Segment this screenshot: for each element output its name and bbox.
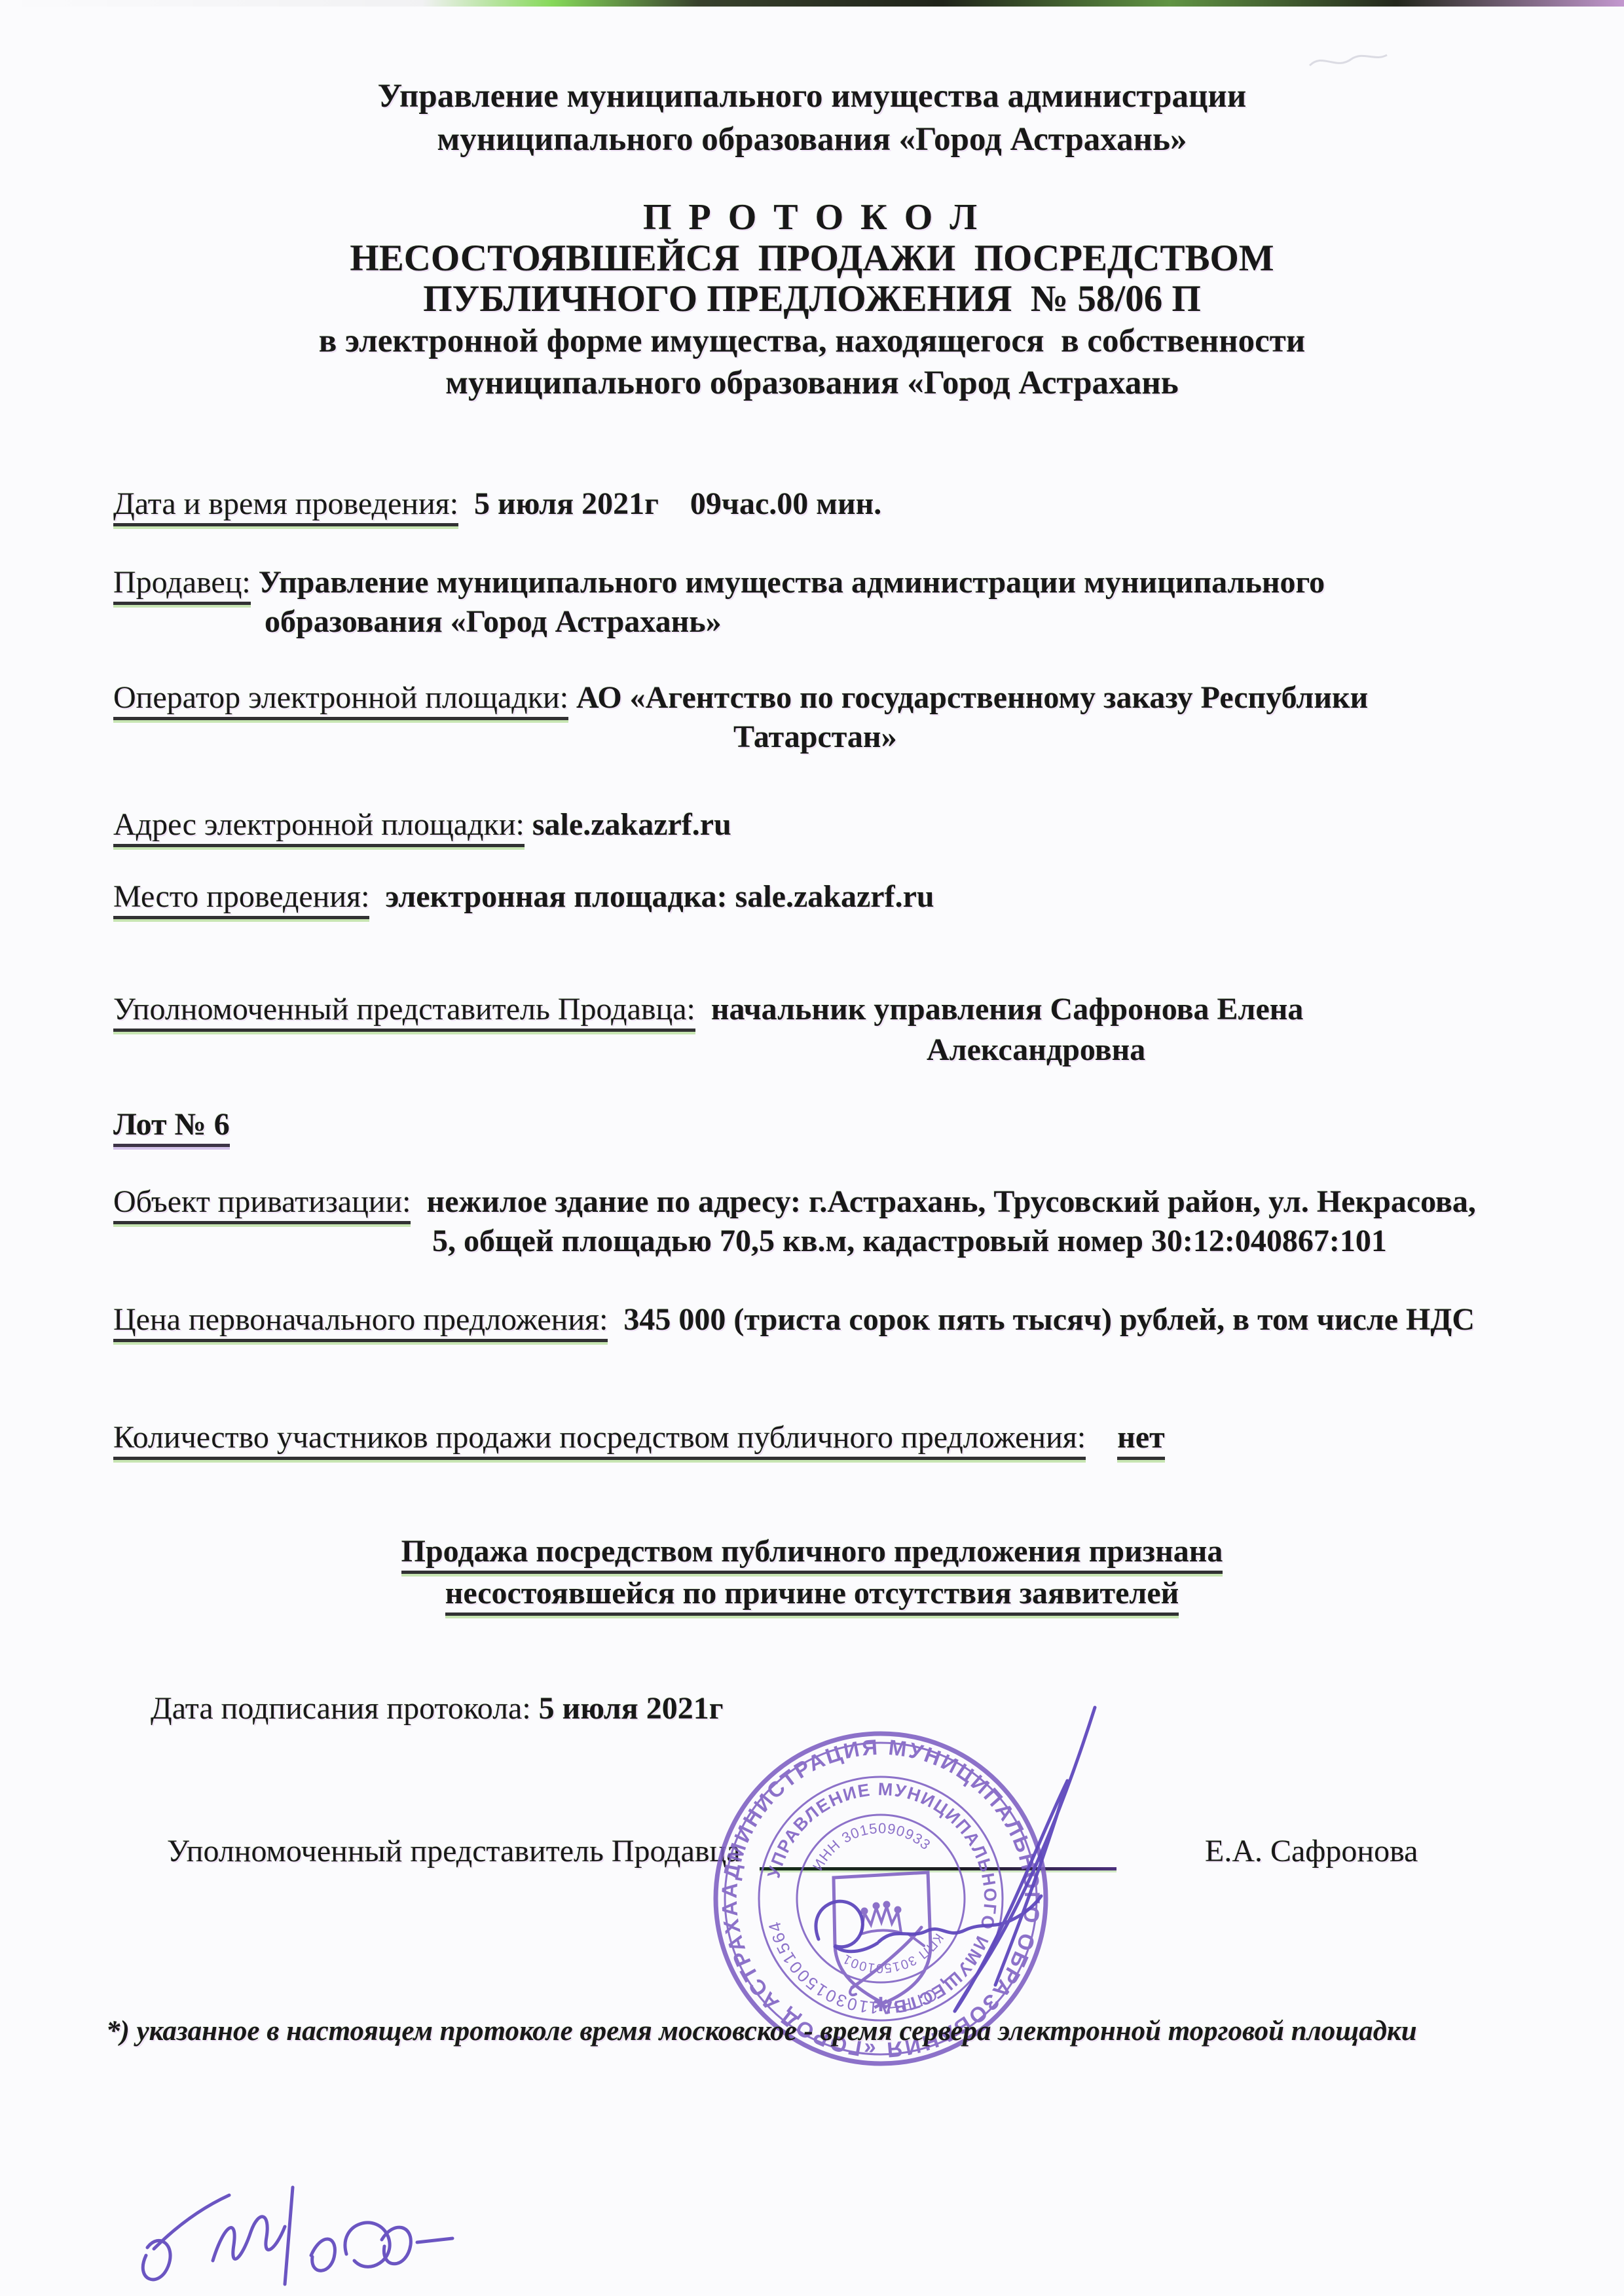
field-price-value: 345 000 (триста сорок пять тысяч) рублей… xyxy=(623,1302,1475,1337)
field-venue: Место проведения: электронная площадка: … xyxy=(113,879,934,915)
field-address-label: Адрес электронной площадки: xyxy=(113,807,525,847)
resolution-line2-text: несостоявшейся по причине отсутствия зая… xyxy=(445,1576,1179,1616)
lot-number-label: Лот № 6 xyxy=(113,1107,230,1147)
doc-title-protocol: П Р О Т О К О Л xyxy=(0,196,1624,238)
field-datetime-value xyxy=(458,486,474,521)
field-price-label: Цена первоначального предложения: xyxy=(113,1302,608,1342)
resolution-line2: несостоявшейся по причине отсутствия зая… xyxy=(0,1575,1624,1611)
footnote: *) указанное в настоящем протоколе время… xyxy=(106,2015,1417,2047)
doc-title-line4: в электронной форме имущества, находящег… xyxy=(0,322,1624,360)
field-representative-value-line2: Александровна xyxy=(927,1032,1145,1068)
bottom-left-signature-ink xyxy=(121,2177,488,2295)
field-operator: Оператор электронной площадки: АО «Агент… xyxy=(113,680,1368,716)
doc-title-line2: НЕСОСТОЯВШЕЙСЯ ПРОДАЖИ ПОСРЕДСТВОМ xyxy=(0,237,1624,280)
representative-signature-ink xyxy=(609,1696,1198,2036)
field-operator-value-line1: АО «Агентство по государственному заказу… xyxy=(576,680,1368,715)
resolution-line1: Продажа посредством публичного предложен… xyxy=(0,1533,1624,1569)
field-participants-value: нет xyxy=(1117,1420,1165,1460)
field-address-value: sale.zakazrf.ru xyxy=(532,807,731,842)
signing-rep-name: Е.А. Сафронова xyxy=(1205,1833,1418,1869)
field-object-label: Объект приватизации: xyxy=(113,1184,411,1224)
field-price: Цена первоначального предложения: 345 00… xyxy=(113,1302,1475,1338)
field-seller-value-line2: образования «Город Астрахань» xyxy=(265,604,722,640)
field-participants: Количество участников продажи посредство… xyxy=(113,1419,1165,1455)
field-object-value-line1: нежилое здание по адресу: г.Астрахань, Т… xyxy=(426,1184,1475,1219)
field-object-value-line2: 5, общей площадью 70,5 кв.м, кадастровый… xyxy=(432,1223,1387,1259)
field-datetime-label: Дата и время проведения: xyxy=(113,486,458,526)
field-seller: Продавец: Управление муниципального имущ… xyxy=(113,564,1325,600)
field-seller-value-line1: Управление муниципального имущества адми… xyxy=(259,565,1325,600)
field-representative: Уполномоченный представитель Продавца: н… xyxy=(113,991,1303,1027)
scan-edge-artifact-top xyxy=(0,0,1624,7)
doc-title-line5: муниципального образования «Город Астрах… xyxy=(0,364,1624,402)
field-datetime-value-text: 5 июля 2021г 09час.00 мин. xyxy=(474,486,881,521)
field-seller-label: Продавец: xyxy=(113,565,251,605)
field-venue-label: Место проведения: xyxy=(113,879,369,919)
field-representative-label: Уполномоченный представитель Продавца: xyxy=(113,992,695,1032)
field-representative-value-line1: начальник управления Сафронова Елена xyxy=(711,992,1304,1027)
field-operator-label: Оператор электронной площадки: xyxy=(113,680,568,720)
lot-number: Лот № 6 xyxy=(113,1106,230,1142)
scanned-document-page: Управление муниципального имущества адми… xyxy=(0,0,1624,2296)
field-address: Адрес электронной площадки: sale.zakazrf… xyxy=(113,807,731,843)
field-datetime: Дата и время проведения: 5 июля 2021г 09… xyxy=(113,486,881,522)
field-venue-value: электронная площадка: sale.zakazrf.ru xyxy=(385,879,934,914)
signing-date-label: Дата подписания протокола: xyxy=(151,1691,531,1726)
field-object: Объект приватизации: нежилое здание по а… xyxy=(113,1184,1476,1220)
org-name-line2: муниципального образования «Город Астрах… xyxy=(0,120,1624,158)
resolution-line1-text: Продажа посредством публичного предложен… xyxy=(401,1534,1223,1574)
faint-pencil-mark xyxy=(1303,39,1395,85)
doc-title-line3: ПУБЛИЧНОГО ПРЕДЛОЖЕНИЯ № 58/06 П xyxy=(0,278,1624,320)
field-operator-value-line2: Татарстан» xyxy=(733,719,897,755)
field-participants-label: Количество участников продажи посредство… xyxy=(113,1420,1086,1460)
